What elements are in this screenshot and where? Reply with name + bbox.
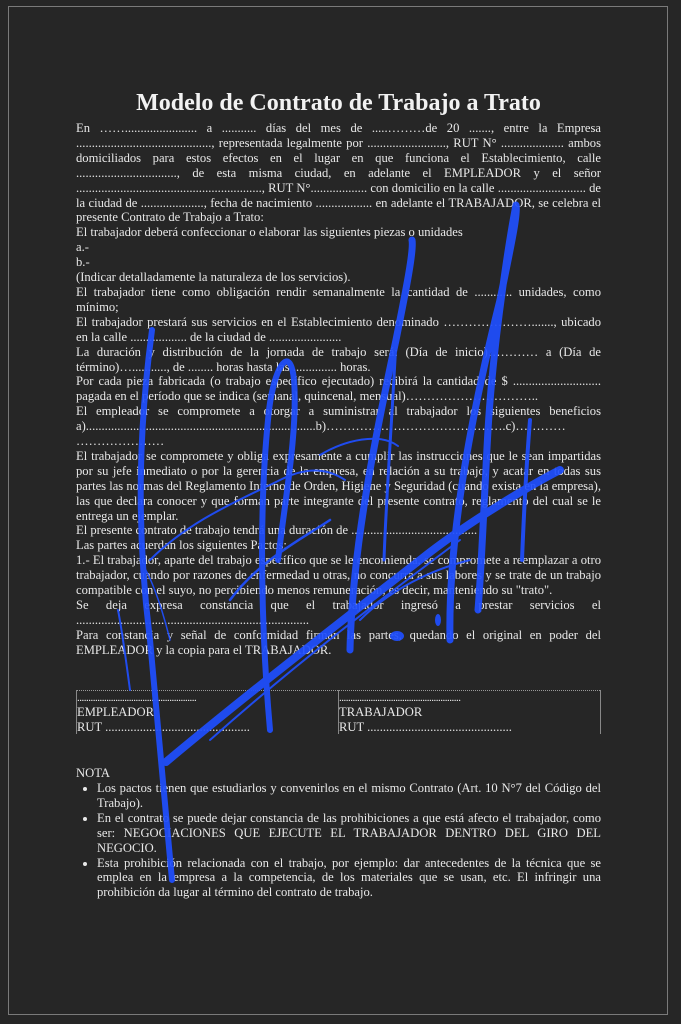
start-date-paragraph: Se deja expresa constancia que el trabaj… (76, 598, 601, 628)
employer-label: EMPLEADOR (77, 705, 338, 720)
signature-table: ........................................… (76, 690, 601, 735)
item-b: b.- (76, 255, 601, 270)
conformity-paragraph: Para constancia y señal de conformidad f… (76, 628, 601, 658)
worker-rut: RUT ....................................… (339, 720, 600, 735)
pieces-paragraph: El trabajador deberá confeccionar o elab… (76, 225, 601, 240)
worker-signature-line: ........................................… (339, 691, 600, 706)
opening-paragraph: En ……....................... a .........… (76, 121, 601, 225)
duration-paragraph: El presente contrato de trabajo tendrá u… (76, 523, 601, 538)
employer-signature-cell: ........................................… (77, 690, 339, 734)
employer-rut: RUT ....................................… (77, 720, 338, 735)
pact-1-paragraph: 1.- El trabajador, aparte del trabajo es… (76, 553, 601, 598)
worker-signature-cell: ........................................… (339, 690, 601, 734)
establishment-paragraph: El trabajador prestará sus servicios en … (76, 315, 601, 345)
nota-item: En el contrato se puede dejar constancia… (97, 811, 601, 856)
nota-item: Los pactos tienen que estudiarlos y conv… (97, 781, 601, 811)
contract-document: Modelo de Contrato de Trabajo a Trato En… (76, 88, 601, 900)
nota-section: NOTA Los pactos tienen que estudiarlos y… (76, 766, 601, 900)
weekly-quota-paragraph: El trabajador tiene como obligación rend… (76, 285, 601, 315)
document-title: Modelo de Contrato de Trabajo a Trato (66, 88, 611, 118)
obligations-paragraph: El trabajador se compromete y obliga exp… (76, 449, 601, 524)
item-a: a.- (76, 240, 601, 255)
pacts-heading: Las partes acuerdan los siguientes Pacto… (76, 538, 601, 553)
worker-label: TRABAJADOR (339, 705, 600, 720)
employer-signature-line: ........................................… (77, 691, 338, 706)
payment-paragraph: Por cada pieza fabricada (o trabajo espe… (76, 374, 601, 404)
nota-item: Esta prohibición relacionada con el trab… (97, 856, 601, 901)
benefits-paragraph: El empleador se compromete a otorgar a s… (76, 404, 601, 449)
services-note: (Indicar detalladamente la naturaleza de… (76, 270, 601, 285)
schedule-paragraph: La duración y distribución de la jornada… (76, 345, 601, 375)
nota-list: Los pactos tienen que estudiarlos y conv… (76, 781, 601, 900)
nota-heading: NOTA (76, 766, 601, 781)
